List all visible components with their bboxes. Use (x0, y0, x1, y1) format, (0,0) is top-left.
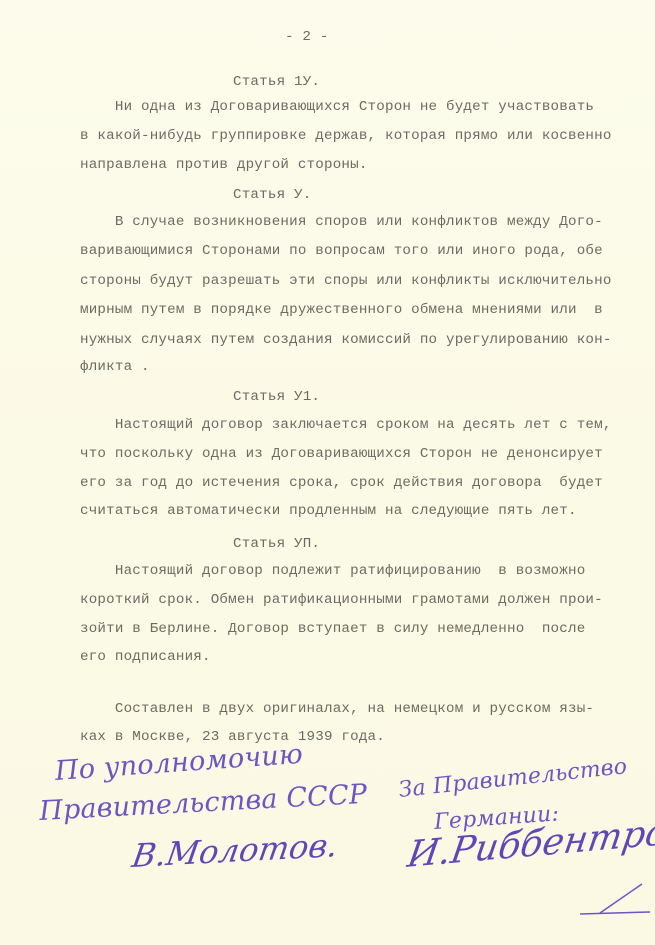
article-5-line-4: мирным путем в порядке дружественного об… (80, 301, 603, 319)
article-7-line-1: Настоящий договор подлежит ратифицирован… (80, 562, 585, 580)
article-7-line-3: зойти в Берлине. Договор вступает в силу… (80, 620, 585, 638)
ussr-authority-line-2: Правительства СССР (39, 781, 368, 825)
ussr-authority-line-1: По уполномочию (54, 741, 304, 785)
article-5-line-5: нужных случаях путем создания комиссий п… (80, 331, 612, 349)
article-4-heading: Статья 1У. (233, 73, 320, 91)
page-number: - 2 - (285, 28, 329, 46)
closing-line-1: Составлен в двух оригиналах, на немецком… (80, 700, 594, 718)
article-5-line-3: стороны будут разрешать эти споры или ко… (80, 272, 612, 290)
article-6-line-1: Настоящий договор заключается сроком на … (80, 416, 612, 434)
molotov-signature: В.Молотов. (130, 829, 341, 872)
article-5-line-2: варивающимися Сторонами по вопросам того… (80, 242, 603, 260)
article-5-line-6: фликта . (80, 358, 150, 376)
article-4-line-1: Ни одна из Договаривающихся Сторон не бу… (80, 98, 594, 116)
article-7-heading: Статья УП. (233, 535, 320, 553)
article-5-line-1: В случае возникновения споров или конфли… (80, 213, 603, 231)
article-4-line-3: направлена против другой стороны. (80, 156, 368, 174)
article-4-line-2: в какой-нибудь группировке держав, котор… (80, 127, 612, 145)
signature-flourish-icon (570, 880, 655, 920)
article-7-line-4: его подписания. (80, 648, 211, 666)
article-6-line-3: его за год до истечения срока, срок дейс… (80, 474, 603, 492)
article-7-line-2: короткий срок. Обмен ратификационными гр… (80, 591, 603, 609)
article-6-heading: Статья У1. (233, 388, 320, 406)
article-6-line-2: что поскольку одна из Договаривающихся С… (80, 445, 603, 463)
article-5-heading: Статья У. (233, 186, 311, 204)
document-page: - 2 - Статья 1У. Ни одна из Договаривающ… (0, 0, 655, 945)
germany-authority-line-1: За Правительство (398, 756, 629, 802)
article-6-line-4: считаться автоматически продленным на сл… (80, 502, 577, 520)
